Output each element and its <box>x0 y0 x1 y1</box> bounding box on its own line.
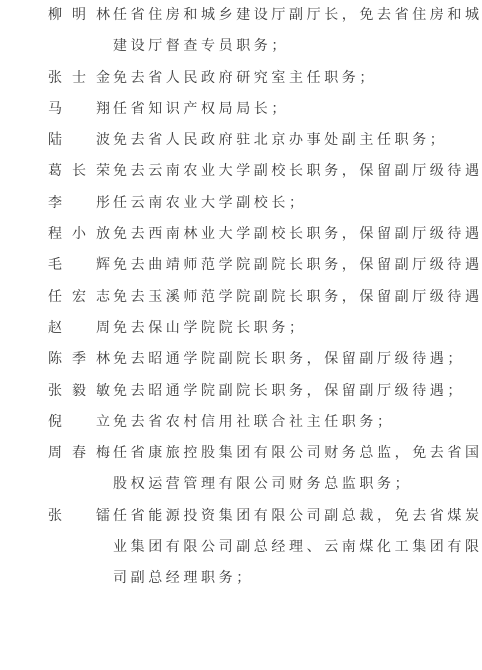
appointment-text: 免去西南林业大学副校长职务，保留副厅级待遇； <box>113 219 478 250</box>
person-name: 柳明林 <box>48 0 110 31</box>
appointment-text: 免去曲靖师范学院副院长职务，保留副厅级待遇； <box>113 250 478 281</box>
entry-lu-bo: 陆波 免去省人民政府驻北京办事处副主任职务； <box>0 125 482 156</box>
person-name: 张士金 <box>48 63 110 94</box>
entry-chen-jilin: 陈季林 免去昭通学院副院长职务，保留副厅级待遇； <box>0 344 482 375</box>
appointment-text: 任云南农业大学副校长； <box>113 188 478 219</box>
person-name: 任宏志 <box>48 282 110 313</box>
entry-ren-hongzhi: 任宏志 免去玉溪师范学院副院长职务，保留副厅级待遇； <box>0 282 482 313</box>
appointment-text: 免去省人民政府研究室主任职务； <box>113 63 478 94</box>
appointment-text: 任省知识产权局局长； <box>113 94 478 125</box>
person-name: 李彤 <box>48 188 110 219</box>
entry-mao-hui: 毛辉 免去曲靖师范学院副院长职务，保留副厅级待遇； <box>0 250 482 281</box>
person-name: 张镭 <box>48 501 110 532</box>
appointment-document: 柳明林 任省住房和城乡建设厅副厅长，免去省住房和城乡 建设厅督查专员职务； 张士… <box>0 0 482 595</box>
person-name: 陈季林 <box>48 344 110 375</box>
appointment-text: 免去昭通学院副院长职务，保留副厅级待遇； <box>113 376 478 407</box>
appointment-text: 免去云南农业大学副校长职务，保留副厅级待遇； <box>113 156 478 187</box>
person-name: 毛辉 <box>48 250 110 281</box>
entry-zhao-zhou: 赵周 免去保山学院院长职务； <box>0 313 482 344</box>
person-name: 赵周 <box>48 313 110 344</box>
entry-cheng-xiaofang: 程小放 免去西南林业大学副校长职务，保留副厅级待遇； <box>0 219 482 250</box>
entry-ge-changrong: 葛长荣 免去云南农业大学副校长职务，保留副厅级待遇； <box>0 156 482 187</box>
person-name: 张毅敏 <box>48 376 110 407</box>
appointment-text: 免去省农村信用社联合社主任职务； <box>113 407 478 438</box>
appointment-text: 业集团有限公司副总经理、云南煤化工集团有限公 <box>113 532 478 563</box>
appointment-text: 任省住房和城乡建设厅副厅长，免去省住房和城乡 <box>113 0 478 31</box>
appointment-text: 任省康旅控股集团有限公司财务总监，免去省国有 <box>113 438 478 469</box>
entry-zhang-yimin: 张毅敏 免去昭通学院副院长职务，保留副厅级待遇； <box>0 376 482 407</box>
person-name: 程小放 <box>48 219 110 250</box>
person-name: 倪立 <box>48 407 110 438</box>
person-name: 葛长荣 <box>48 156 110 187</box>
entry-li-tong: 李彤 任云南农业大学副校长； <box>0 188 482 219</box>
appointment-text: 免去昭通学院副院长职务，保留副厅级待遇； <box>113 344 478 375</box>
appointment-text: 股权运营管理有限公司财务总监职务； <box>113 469 478 500</box>
entry-liu-minglin: 柳明林 任省住房和城乡建设厅副厅长，免去省住房和城乡 建设厅督查专员职务； <box>0 0 482 63</box>
entry-ma-xiang: 马翔 任省知识产权局局长； <box>0 94 482 125</box>
person-name: 周春梅 <box>48 438 110 469</box>
appointment-text: 建设厅督查专员职务； <box>113 31 478 62</box>
entry-ni-li: 倪立 免去省农村信用社联合社主任职务； <box>0 407 482 438</box>
entry-zhang-lei: 张镭 任省能源投资集团有限公司副总裁，免去省煤炭产 业集团有限公司副总经理、云南… <box>0 501 482 595</box>
appointment-text: 免去玉溪师范学院副院长职务，保留副厅级待遇； <box>113 282 478 313</box>
entry-zhang-shijin: 张士金 免去省人民政府研究室主任职务； <box>0 63 482 94</box>
person-name: 马翔 <box>48 94 110 125</box>
person-name: 陆波 <box>48 125 110 156</box>
entry-zhou-chunmei: 周春梅 任省康旅控股集团有限公司财务总监，免去省国有 股权运营管理有限公司财务总… <box>0 438 482 501</box>
appointment-text: 司副总经理职务； <box>113 563 478 594</box>
appointment-text: 免去保山学院院长职务； <box>113 313 478 344</box>
appointment-text: 任省能源投资集团有限公司副总裁，免去省煤炭产 <box>113 501 478 532</box>
appointment-text: 免去省人民政府驻北京办事处副主任职务； <box>113 125 478 156</box>
